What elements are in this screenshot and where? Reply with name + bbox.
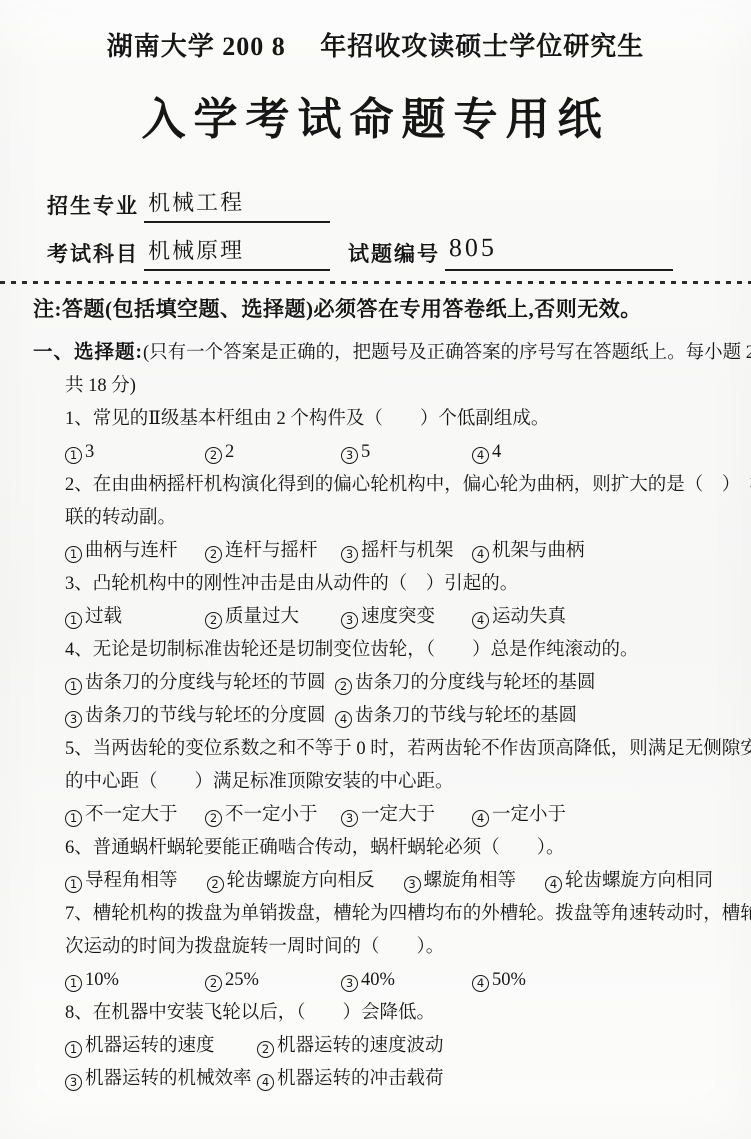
question-8-option-1: 机器运转的速度 [65,1030,257,1063]
question-4-option-4: 齿条刀的节线与轮坯的基圆 [335,700,751,733]
question-8-option-4: 机器运转的冲击载荷 [257,1063,751,1096]
question-7-option-4: 50% [472,964,751,997]
question-8-option-2: 机器运转的速度波动 [257,1030,751,1063]
question-7-stem-line2: 次运动的时间为拨盘旋转一周时间的（ ）。 [65,931,751,964]
question-7-option-3: 40% [341,964,472,997]
question-3-stem: 3、凸轮机构中的刚性冲击是由从动件的（ ）引起的。 [65,568,751,601]
question-5: 5、当两齿轮的变位系数之和不等于 0 时，若两齿轮不作齿顶高降低，则满足无侧隙安… [0,733,751,832]
question-4-option-3: 齿条刀的节线与轮坯的分度圆 [65,700,335,733]
major-label: 招生专业 [47,190,139,223]
question-1-option-2: 2 [205,436,341,469]
question-2-option-1: 曲柄与连杆 [65,535,205,568]
question-5-option-4: 一定小于 [472,799,751,832]
question-4: 4、无论是切制标准齿轮还是切制变位齿轮，（ ）总是作纯滚动的。 齿条刀的分度线与… [0,634,751,733]
question-8-stem: 8、在机器中安装飞轮以后，（ ）会降低。 [65,997,751,1030]
question-6-options: 导程角相等 轮齿螺旋方向相反 螺旋角相等 轮齿螺旋方向相同 [65,865,751,898]
question-6-option-3: 螺旋角相等 [404,865,517,898]
question-1-option-4: 4 [472,436,751,469]
subject-value: 机械原理 [144,233,246,269]
question-7-option-1: 10% [65,964,205,997]
question-2-option-2: 连杆与摇杆 [205,535,341,568]
question-8-option-3: 机器运转的机械效率 [65,1063,257,1096]
dotted-divider [0,281,751,284]
paper-number-label: 试题编号 [348,238,440,271]
paper-number-value: 805 [445,233,499,270]
question-5-stem-line1: 5、当两齿轮的变位系数之和不等于 0 时，若两齿轮不作齿顶高降低，则满足无侧隙安… [65,733,751,766]
question-7-option-2: 25% [205,964,341,997]
question-3-option-3: 速度突变 [341,601,472,634]
question-5-option-2: 不一定小于 [205,799,341,832]
question-6: 6、普通蜗杆蜗轮要能正确啮合传动，蜗杆蜗轮必须（ ）。 导程角相等 轮齿螺旋方向… [0,832,751,898]
question-2-options: 曲柄与连杆 连杆与摇杆 摇杆与机架 机架与曲柄 [65,535,751,568]
question-2-option-3: 摇杆与机架 [341,535,472,568]
page-title: 入学考试命题专用纸 [0,83,751,147]
question-1-option-1: 3 [65,436,205,469]
question-4-option-1: 齿条刀的分度线与轮坯的节圆 [65,667,335,700]
question-6-option-1: 导程角相等 [65,865,178,898]
question-1-options: 3 2 5 4 [65,436,751,469]
form-row-subject: 考试科目 机械原理 试题编号 805 [47,223,751,271]
section-heading: 一、选择题:(只有一个答案是正确的，把题号及正确答案的序号写在答题纸上。每小题 … [33,336,751,370]
question-8-options-row1: 机器运转的速度 机器运转的速度波动 [65,1030,751,1063]
question-1-option-3: 5 [341,436,472,469]
question-3: 3、凸轮机构中的刚性冲击是由从动件的（ ）引起的。 过载 质量过大 速度突变 运… [0,568,751,634]
question-7-options: 10% 25% 40% 50% [65,964,751,997]
exam-paper-page: 湖南大学 200 8 年招收攻读硕士学位研究生 入学考试命题专用纸 招生专业 机… [0,0,751,1139]
question-6-option-4: 轮齿螺旋方向相同 [545,865,713,898]
answer-instruction-note: 注:答题(包括填空题、选择题)必须答在专用答卷纸上,否则无效。 [33,293,751,323]
paper-number-underline: 805 [445,233,673,271]
question-4-options-row1: 齿条刀的分度线与轮坯的节圆 齿条刀的分度线与轮坯的基圆 [65,667,751,700]
section-heading-title: 一、选择题: [33,342,143,363]
question-1: 1、常见的Ⅱ级基本杆组由 2 个构件及（ ）个低副组成。 3 2 5 4 [0,403,751,469]
question-5-option-3: 一定大于 [341,799,472,832]
question-2-stem-line1: 2、在由曲柄摇杆机构演化得到的偏心轮机构中，偏心轮为曲柄，则扩大的是（ ） 相 [65,469,751,502]
question-1-stem: 1、常见的Ⅱ级基本杆组由 2 个构件及（ ）个低副组成。 [65,403,751,436]
university-year-line: 湖南大学 200 8 年招收攻读硕士学位研究生 [0,26,751,63]
question-2-option-4: 机架与曲柄 [472,535,751,568]
major-value: 机械工程 [144,185,246,221]
question-3-option-1: 过载 [65,601,205,634]
question-5-stem-line2: 的中心距（ ）满足标准顶隙安装的中心距。 [65,766,751,799]
subject-label: 考试科目 [47,238,139,271]
paper-header: 湖南大学 200 8 年招收攻读硕士学位研究生 入学考试命题专用纸 [0,0,751,147]
question-4-stem: 4、无论是切制标准齿轮还是切制变位齿轮，（ ）总是作纯滚动的。 [65,634,751,667]
question-6-option-2: 轮齿螺旋方向相反 [207,865,375,898]
section-heading-note2: 共 18 分) [65,370,751,403]
question-3-option-4: 运动失真 [472,601,751,634]
exam-info-form: 招生专业 机械工程 考试科目 机械原理 试题编号 805 [0,175,751,271]
question-2-stem-line2: 联的转动副。 [65,502,751,535]
form-row-major: 招生专业 机械工程 [47,175,751,223]
question-7-stem-line1: 7、槽轮机构的拨盘为单销拨盘，槽轮为四槽均布的外槽轮。拨盘等角速转动时，槽轮每 [65,898,751,931]
question-7: 7、槽轮机构的拨盘为单销拨盘，槽轮为四槽均布的外槽轮。拨盘等角速转动时，槽轮每 … [0,898,751,997]
question-3-options: 过载 质量过大 速度突变 运动失真 [65,601,751,634]
question-6-stem: 6、普通蜗杆蜗轮要能正确啮合传动，蜗杆蜗轮必须（ ）。 [65,832,751,865]
question-8-options-row2: 机器运转的机械效率 机器运转的冲击载荷 [65,1063,751,1096]
section-heading-note: (只有一个答案是正确的，把题号及正确答案的序号写在答题纸上。每小题 2 分， [143,343,751,363]
subject-underline: 机械原理 [144,234,330,271]
question-8: 8、在机器中安装飞轮以后，（ ）会降低。 机器运转的速度 机器运转的速度波动 机… [0,997,751,1096]
question-5-options: 不一定大于 不一定小于 一定大于 一定小于 [65,799,751,832]
question-4-option-2: 齿条刀的分度线与轮坯的基圆 [335,667,751,700]
question-5-option-1: 不一定大于 [65,799,205,832]
multiple-choice-section: 一、选择题:(只有一个答案是正确的，把题号及正确答案的序号写在答题纸上。每小题 … [0,336,751,1096]
question-4-options-row2: 齿条刀的节线与轮坯的分度圆 齿条刀的节线与轮坯的基圆 [65,700,751,733]
question-2: 2、在由曲柄摇杆机构演化得到的偏心轮机构中，偏心轮为曲柄，则扩大的是（ ） 相 … [0,469,751,568]
question-3-option-2: 质量过大 [205,601,341,634]
major-underline: 机械工程 [144,186,330,223]
